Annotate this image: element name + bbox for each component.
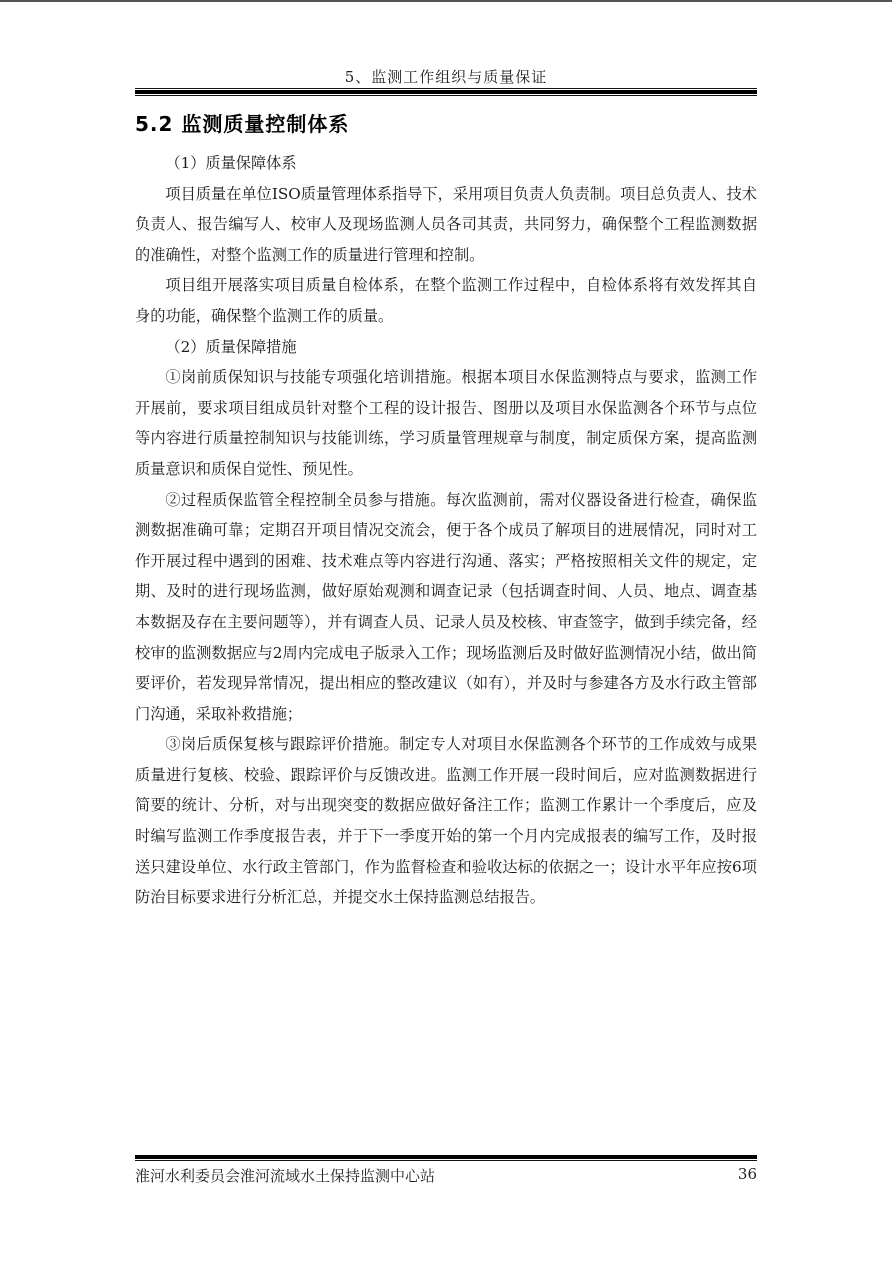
footer-rule <box>135 1155 757 1161</box>
paragraph-measure-1: ①岗前质保知识与技能专项强化培训措施。根据本项目水保监测特点与要求，监测工作开展… <box>135 362 757 484</box>
body-content: （1）质量保障体系 项目质量在单位ISO质量管理体系指导下，采用项目负责人负责制… <box>135 148 757 913</box>
header-rule <box>135 88 757 96</box>
paragraph-measure-2: ②过程质保监管全程控制全员参与措施。每次监测前，需对仪器设备进行检查，确保监测数… <box>135 485 757 730</box>
section-title: 5.2 监测质量控制体系 <box>135 108 349 137</box>
subheading-quality-system: （1）质量保障体系 <box>135 148 757 179</box>
page-footer: 淮河水利委员会淮河流域水土保持监测中心站 36 <box>135 1165 757 1186</box>
page-top-edge <box>0 0 892 2</box>
paragraph: 项目质量在单位ISO质量管理体系指导下，采用项目负责人负责制。项目总负责人、技术… <box>135 179 757 271</box>
page-number: 36 <box>738 1165 757 1186</box>
paragraph-measure-3: ③岗后质保复核与跟踪评价措施。制定专人对项目水保监测各个环节的工作成效与成果质量… <box>135 729 757 913</box>
subheading-quality-measures: （2）质量保障措施 <box>135 332 757 363</box>
footer-organization: 淮河水利委员会淮河流域水土保持监测中心站 <box>135 1165 435 1186</box>
footer-rule-thin <box>135 1160 757 1161</box>
header-rule-thin-bottom <box>135 95 757 96</box>
paragraph: 项目组开展落实项目质量自检体系，在整个监测工作过程中，自检体系将有效发挥其自身的… <box>135 270 757 331</box>
running-header: 5、监测工作组织与质量保证 <box>135 66 757 87</box>
